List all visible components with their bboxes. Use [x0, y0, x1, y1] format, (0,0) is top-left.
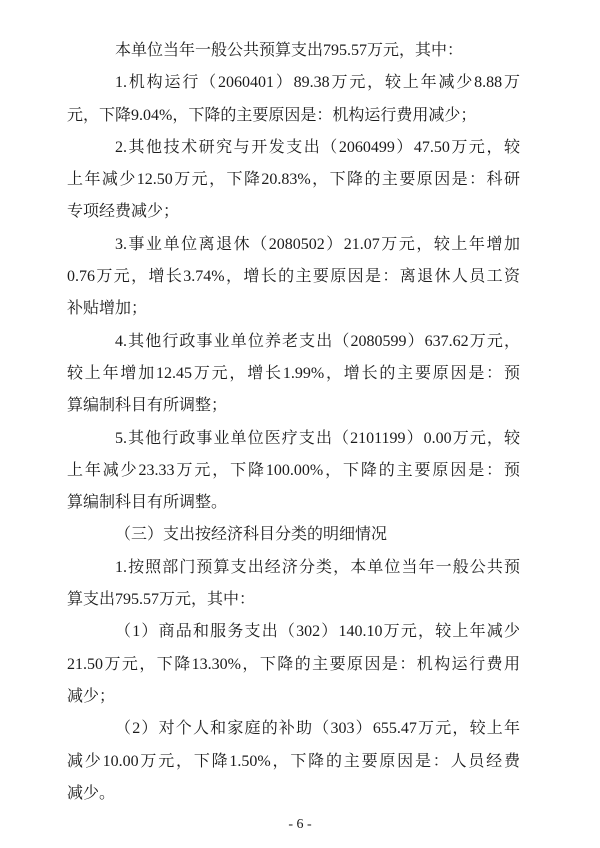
text-line: （三）支出按经济科目分类的明细情况: [67, 519, 520, 551]
text-line: 元，下降9.04%，下降的主要原因是：机构运行费用减少；: [67, 100, 520, 132]
text-line: 上年减少23.33万元，下降100.00%，下降的主要原因是：预: [67, 455, 520, 487]
text-line: 减少。: [67, 778, 520, 810]
paragraph: 4.其他行政事业单位养老支出（2080599）637.62万元，较上年增加12.…: [67, 326, 520, 423]
text-line: 1.按照部门预算支出经济分类，本单位当年一般公共预: [67, 552, 520, 584]
text-line: 上年减少12.50万元，下降20.83%，下降的主要原因是：科研: [67, 164, 520, 196]
paragraph: 2.其他技术研究与开发支出（2060499）47.50万元，较上年减少12.50…: [67, 132, 520, 229]
text-line: 本单位当年一般公共预算支出795.57万元，其中：: [67, 35, 520, 67]
paragraph: 本单位当年一般公共预算支出795.57万元，其中：: [67, 35, 520, 67]
text-line: 3.事业单位离退休（2080502）21.07万元，较上年增加: [67, 229, 520, 261]
paragraph: （1）商品和服务支出（302）140.10万元，较上年减少21.50万元，下降1…: [67, 616, 520, 713]
text-line: 减少10.00万元，下降1.50%，下降的主要原因是：人员经费: [67, 746, 520, 778]
document-page: 本单位当年一般公共预算支出795.57万元，其中：1.机构运行（2060401）…: [0, 0, 600, 848]
paragraph: 5.其他行政事业单位医疗支出（2101199）0.00万元，较上年减少23.33…: [67, 423, 520, 520]
paragraph: 1.按照部门预算支出经济分类，本单位当年一般公共预算支出795.57万元，其中：: [67, 552, 520, 617]
text-line: 减少；: [67, 681, 520, 713]
text-line: 2.其他技术研究与开发支出（2060499）47.50万元，较: [67, 132, 520, 164]
text-line: 算编制科目有所调整。: [67, 487, 520, 519]
document-body: 本单位当年一般公共预算支出795.57万元，其中：1.机构运行（2060401）…: [67, 35, 520, 810]
text-line: 21.50万元，下降13.30%，下降的主要原因是：机构运行费用: [67, 649, 520, 681]
text-line: 算编制科目有所调整；: [67, 390, 520, 422]
text-line: 算支出795.57万元，其中：: [67, 584, 520, 616]
paragraph: （2）对个人和家庭的补助（303）655.47万元，较上年减少10.00万元，下…: [67, 713, 520, 810]
text-line: 较上年增加12.45万元，增长1.99%，增长的主要原因是：预: [67, 358, 520, 390]
text-line: 专项经费减少；: [67, 196, 520, 228]
text-line: 0.76万元，增长3.74%，增长的主要原因是：离退休人员工资: [67, 261, 520, 293]
text-line: 4.其他行政事业单位养老支出（2080599）637.62万元，: [67, 326, 520, 358]
text-line: （2）对个人和家庭的补助（303）655.47万元，较上年: [67, 713, 520, 745]
text-line: 1.机构运行（2060401）89.38万元，较上年减少8.88万: [67, 67, 520, 99]
paragraph: （三）支出按经济科目分类的明细情况: [67, 519, 520, 551]
page-number: - 6 -: [0, 817, 600, 833]
text-line: 5.其他行政事业单位医疗支出（2101199）0.00万元，较: [67, 423, 520, 455]
paragraph: 1.机构运行（2060401）89.38万元，较上年减少8.88万元，下降9.0…: [67, 67, 520, 132]
text-line: 补贴增加；: [67, 293, 520, 325]
text-line: （1）商品和服务支出（302）140.10万元，较上年减少: [67, 616, 520, 648]
paragraph: 3.事业单位离退休（2080502）21.07万元，较上年增加0.76万元，增长…: [67, 229, 520, 326]
